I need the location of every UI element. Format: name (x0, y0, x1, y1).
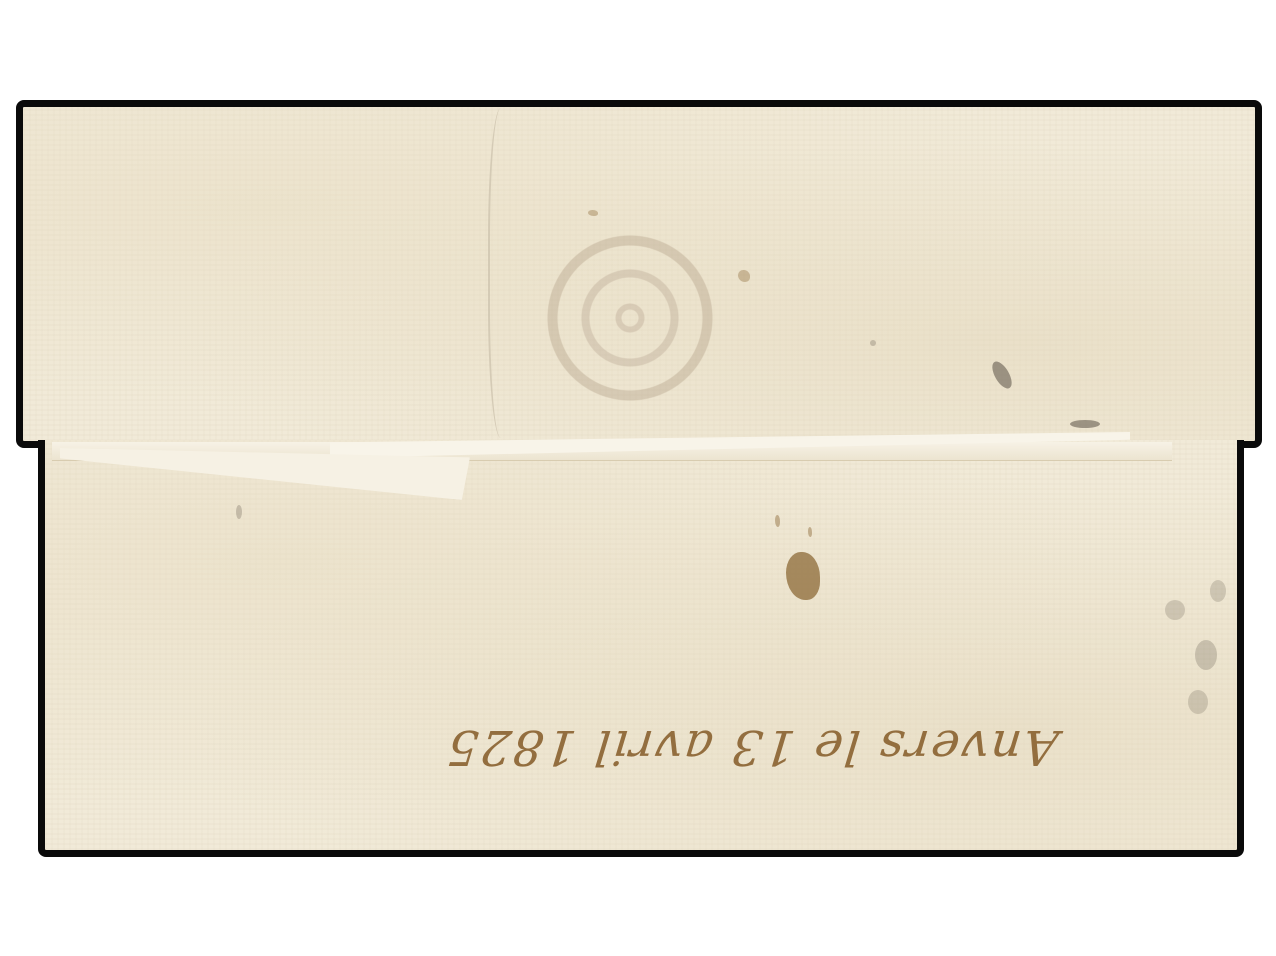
ink-speck (738, 270, 750, 282)
dirt-mark (870, 340, 876, 346)
ink-speck (588, 210, 598, 216)
dirt-mark (1165, 600, 1185, 620)
paper-crease (488, 108, 520, 438)
wax-seal-impression (540, 228, 720, 408)
ink-speck (808, 527, 812, 537)
dirt-mark (236, 505, 242, 519)
dirt-mark (1210, 580, 1226, 602)
dirt-mark (1070, 420, 1100, 428)
dirt-mark (1195, 640, 1217, 670)
handwritten-date-inscription: Anvers le 13 avril 1825 (386, 692, 1118, 802)
dirt-mark (1188, 690, 1208, 714)
ink-speck (775, 515, 780, 527)
